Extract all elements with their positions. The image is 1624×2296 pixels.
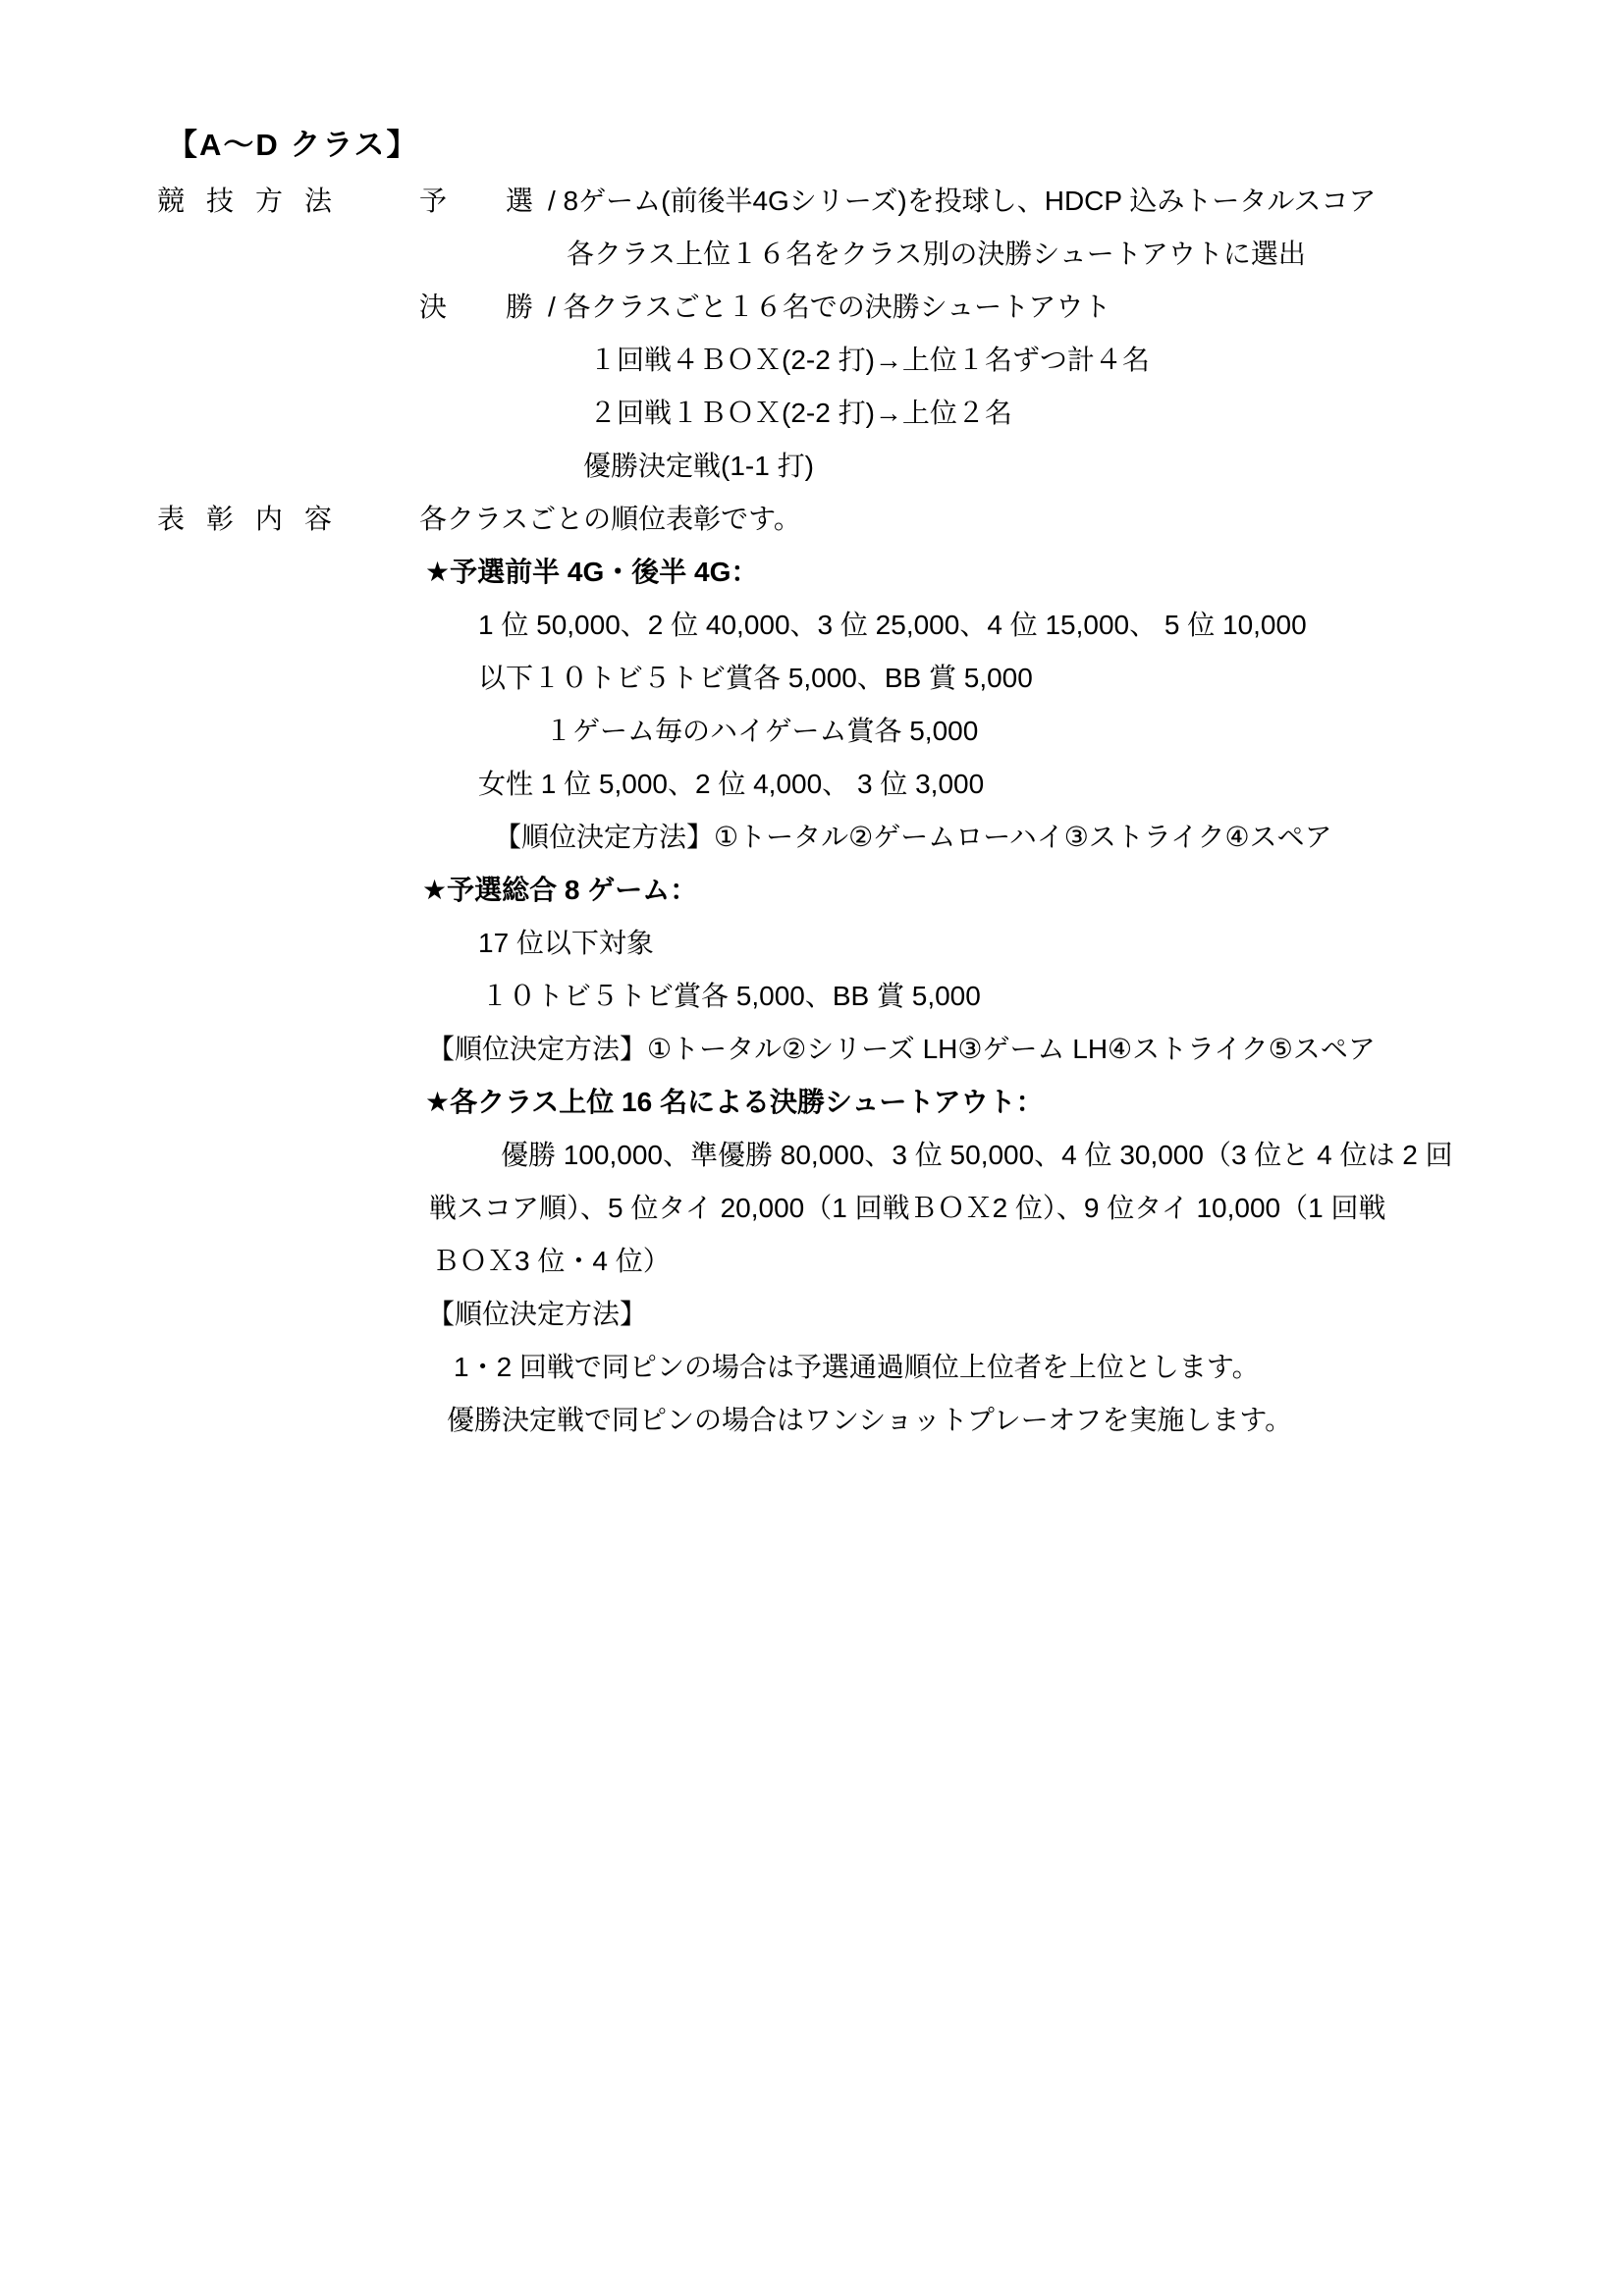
overall-ranking-rule: 【順位決定方法】①トータル②シリーズ LH③ゲーム LH④ストライク⑤スペア [427, 1023, 1376, 1076]
first-half-tobi-row: 以下１０トビ５トビ賞各 5,000、BB 賞 5,000 [157, 652, 1492, 705]
document-content: 【A～D クラス】 競 技 方 法 予 選 / 8ゲーム(前後半4Gシリーズ)を… [157, 116, 1492, 1447]
final-key: 決 勝 [419, 281, 533, 334]
title-row: 【A～D クラス】 [157, 116, 1492, 175]
final-text: / 各クラスごと１６名での決勝シュートアウト [548, 281, 1110, 334]
first-half-heading: ★予選前半 4G・後半 4G： [425, 546, 758, 599]
method-qualifying-row: 競 技 方 法 予 選 / 8ゲーム(前後半4Gシリーズ)を投球し、HDCP 込… [157, 175, 1492, 228]
final-deciding-row: 優勝決定戦(1-1 打) [157, 440, 1492, 493]
shootout-heading: ★各クラス上位 16 名による決勝シュートアウト： [425, 1076, 1044, 1129]
shootout-rule1-row: 1・2 回戦で同ピンの場合は予選通過順位上位者を上位とします。 [157, 1341, 1492, 1394]
shootout-rule2: 優勝決定戦で同ピンの場合はワンショットプレーオフを実施します。 [447, 1394, 1292, 1447]
first-half-ranking-rule-row: 【順位決定方法】①トータル②ゲームローハイ③ストライク④スペア [157, 811, 1492, 864]
awards-label: 表 彰 内 容 [157, 493, 332, 546]
awards-row: 表 彰 内 容 各クラスごとの順位表彰です。 [157, 493, 1492, 546]
shootout-prizes-row3: ＢＯＸ3 位・4 位） [157, 1235, 1492, 1288]
shootout-prizes-line2: 戦スコア順）、5 位タイ 20,000（1 回戦ＢＯＸ2 位）、9 位タイ 10… [429, 1182, 1385, 1235]
overall-ranking-rule-row: 【順位決定方法】①トータル②シリーズ LH③ゲーム LH④ストライク⑤スペア [157, 1023, 1492, 1076]
shootout-prizes-row1: 優勝 100,000、準優勝 80,000、3 位 50,000、4 位 30,… [157, 1129, 1492, 1182]
first-half-heading-row: ★予選前半 4G・後半 4G： [157, 546, 1492, 599]
qualifying-continuation: 各クラス上位１６名をクラス別の決勝シュートアウトに選出 [567, 228, 1306, 281]
method-final-row: 決 勝 / 各クラスごと１６名での決勝シュートアウト [157, 281, 1492, 334]
final-round1-row: １回戦４ＢＯＸ(2-2 打)→上位１名ずつ計４名 [157, 334, 1492, 387]
page-title: 【A～D クラス】 [167, 116, 418, 175]
first-half-ranking-rule: 【順位決定方法】①トータル②ゲームローハイ③ストライク④スペア [494, 811, 1332, 864]
first-half-women-prizes: 女性 1 位 5,000、2 位 4,000、 3 位 3,000 [478, 758, 984, 811]
shootout-rule2-row: 優勝決定戦で同ピンの場合はワンショットプレーオフを実施します。 [157, 1394, 1492, 1447]
awards-intro: 各クラスごとの順位表彰です。 [419, 493, 801, 546]
final-deciding-match: 優勝決定戦(1-1 打) [583, 440, 814, 493]
overall-heading-row: ★予選総合 8 ゲーム： [157, 864, 1492, 917]
method-label: 競 技 方 法 [157, 175, 332, 228]
shootout-prizes-row2: 戦スコア順）、5 位タイ 20,000（1 回戦ＢＯＸ2 位）、9 位タイ 10… [157, 1182, 1492, 1235]
overall-tobi-row: １０トビ５トビ賞各 5,000、BB 賞 5,000 [157, 970, 1492, 1023]
qualifying-key: 予 選 [419, 175, 533, 228]
overall-eligibility-row: 17 位以下対象 [157, 917, 1492, 970]
first-half-highgame-prize: １ゲーム毎のハイゲーム賞各 5,000 [545, 705, 978, 758]
qualifying-continuation-row: 各クラス上位１６名をクラス別の決勝シュートアウトに選出 [157, 228, 1492, 281]
shootout-rule-heading: 【順位決定方法】 [427, 1288, 647, 1341]
final-round2: ２回戦１ＢＯＸ(2-2 打)→上位２名 [589, 387, 1012, 440]
overall-eligibility: 17 位以下対象 [478, 917, 654, 970]
final-round1: １回戦４ＢＯＸ(2-2 打)→上位１名ずつ計４名 [589, 334, 1150, 387]
final-round2-row: ２回戦１ＢＯＸ(2-2 打)→上位２名 [157, 387, 1492, 440]
first-half-prizes-row: 1 位 50,000、2 位 40,000、3 位 25,000、4 位 15,… [157, 599, 1492, 652]
document-page: 【A～D クラス】 競 技 方 法 予 選 / 8ゲーム(前後半4Gシリーズ)を… [0, 0, 1624, 2296]
first-half-tobi-prize: 以下１０トビ５トビ賞各 5,000、BB 賞 5,000 [478, 652, 1033, 705]
overall-heading: ★予選総合 8 ゲーム： [422, 864, 697, 917]
shootout-rule1: 1・2 回戦で同ピンの場合は予選通過順位上位者を上位とします。 [454, 1341, 1260, 1394]
shootout-rule-heading-row: 【順位決定方法】 [157, 1288, 1492, 1341]
shootout-prizes-line1: 優勝 100,000、準優勝 80,000、3 位 50,000、4 位 30,… [501, 1129, 1453, 1182]
first-half-prizes: 1 位 50,000、2 位 40,000、3 位 25,000、4 位 15,… [478, 599, 1307, 652]
first-half-highgame-row: １ゲーム毎のハイゲーム賞各 5,000 [157, 705, 1492, 758]
overall-tobi-prize: １０トビ５トビ賞各 5,000、BB 賞 5,000 [481, 970, 981, 1023]
qualifying-text: / 8ゲーム(前後半4Gシリーズ)を投球し、HDCP 込みトータルスコア [548, 175, 1377, 228]
shootout-prizes-line3: ＢＯＸ3 位・4 位） [432, 1235, 671, 1288]
shootout-heading-row: ★各クラス上位 16 名による決勝シュートアウト： [157, 1076, 1492, 1129]
first-half-women-row: 女性 1 位 5,000、2 位 4,000、 3 位 3,000 [157, 758, 1492, 811]
